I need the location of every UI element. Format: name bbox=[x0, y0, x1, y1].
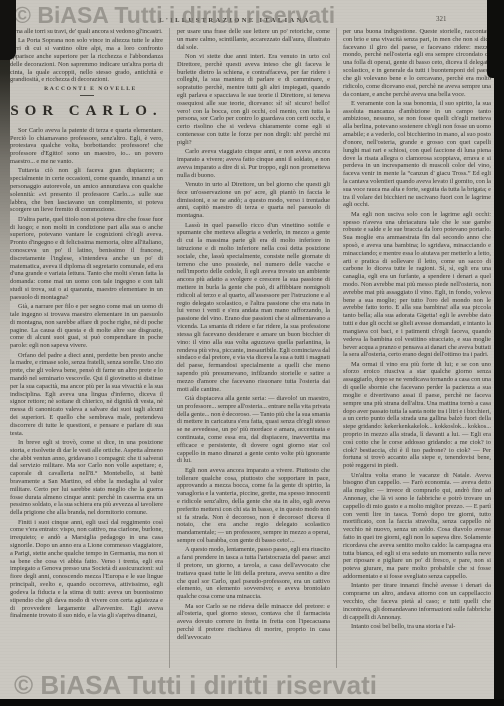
paragraph: In breve egli si trovò, come si dice, in… bbox=[10, 439, 163, 517]
paragraph: Un'altra volta erano le vacanze di Natal… bbox=[343, 472, 491, 581]
paragraph: Carlo aveva viaggiato cinque anni, e non… bbox=[177, 148, 330, 179]
scan-edge-bottom bbox=[0, 699, 504, 706]
column-middle: per usare una frase delle sue lettere un… bbox=[177, 28, 330, 676]
column-divider bbox=[169, 28, 170, 668]
paragraph: Egli non aveva ancora imparato a vivere.… bbox=[177, 467, 330, 545]
paragraph: Tuttavia ciò non gli faceva gran dispiac… bbox=[10, 167, 163, 214]
paragraph: per usare una frase delle sue lettere un… bbox=[177, 28, 330, 51]
paragraph: D'altra parte, quel titolo non si poteva… bbox=[10, 216, 163, 302]
paragraph: Intanto così bel bello, tra una storia e… bbox=[343, 623, 491, 631]
paragraph: Già, a narrare per filo e per segno come… bbox=[10, 303, 163, 350]
paragraph: A questo modo, lentamente, passo passo, … bbox=[177, 546, 330, 601]
paragraph: Ma ormai il vino era più forte di lui; e… bbox=[343, 361, 491, 470]
section-heading: RACCONTI E NOVELLE bbox=[10, 86, 163, 93]
paragraph: Non vi stette due anni interi. Era venut… bbox=[177, 53, 330, 147]
heading-dash-rule bbox=[80, 95, 94, 96]
paragraph: per una buona indigestione. Queste stori… bbox=[343, 28, 491, 98]
paragraph: Finiti i suoi cinque anni, egli uscì dal… bbox=[10, 519, 163, 621]
paragraph: Già dispiaceva alla gente seria: — diavo… bbox=[177, 395, 330, 465]
paragraph: Ma egli non usciva solo con le lagrime a… bbox=[343, 211, 491, 359]
paragraph: Venuto in urto al Direttore, un bel gior… bbox=[177, 181, 330, 220]
page-number: 321 bbox=[436, 15, 447, 23]
journal-masthead: L'ILLUSTRAZIONE ITALIANA bbox=[0, 17, 470, 24]
scanned-newspaper-page: L'ILLUSTRAZIONE ITALIANA 321 terna alle … bbox=[0, 0, 504, 706]
column-right: per una buona indigestione. Queste stori… bbox=[343, 28, 491, 676]
scan-edge-left bbox=[0, 0, 10, 400]
scan-edge-left-corner bbox=[0, 0, 16, 60]
paragraph: Intanto per tirare innanzi finchè avesse… bbox=[343, 582, 491, 621]
paragraph: Ma sor Carlo se ne rideva delle minacce … bbox=[177, 603, 330, 642]
article-title: SOR CARLO. bbox=[10, 102, 163, 120]
paragraph: Lassù in quel paesello ricco d'un vinett… bbox=[177, 222, 330, 394]
watermark-top: © BiASA Tutti i diritti riservati bbox=[14, 2, 335, 29]
paragraph: E veramente con la sua bonomia, il suo s… bbox=[343, 100, 491, 209]
scan-edge-right bbox=[494, 0, 504, 706]
paragraph: La Porta Soprana non solo vince in altez… bbox=[10, 37, 163, 84]
column-divider bbox=[336, 28, 337, 668]
paragraph: terna alle torri su travi, de' quali anc… bbox=[10, 28, 163, 36]
column-left: terna alle torri su travi, de' quali anc… bbox=[10, 28, 163, 676]
paragraph: Sor Carlo aveva la patente di terza e qu… bbox=[10, 127, 163, 166]
paragraph: Orfano del padre a dieci anni, perdette … bbox=[10, 352, 163, 438]
